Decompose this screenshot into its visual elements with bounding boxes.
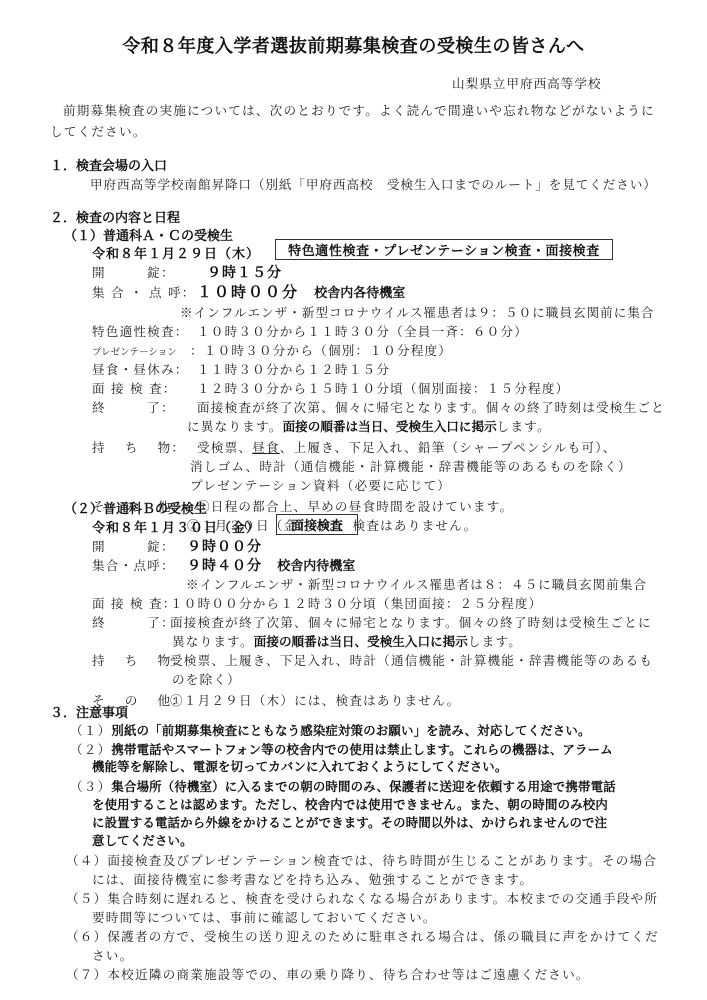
ac-items-label: 持 ち 物： [92, 437, 197, 456]
notice-line: を使用することは認めます。ただし、校舎内では使用できません。また、朝の時間のみ校… [92, 795, 608, 813]
notice-item-7: （７）本校近隣の商業施設等での、車の乗り降り、待ち合わせ等はご遠慮ください。 [66, 964, 590, 983]
b-interview-row: 面 接 検 査：１０時００分から１２時３０分頃（集団面接：２５分程度） [92, 593, 542, 612]
ac-end-value-2c: します。 [497, 419, 551, 434]
ac-lunch-value: １１時３０分から１２時１５分 [197, 362, 390, 377]
group-b-exam-box: 面接検査 [276, 514, 358, 535]
b-assembly-row: 集合・点呼：９時４０分 校舎内待機室 [92, 555, 355, 575]
notice-line: 集合時刻に遅れると、検査を受けられなくなる場合があります。本校までの交通手段や所 [107, 891, 658, 906]
ac-items-value-1a: 受検票、 [197, 440, 252, 455]
notice-line: に設置する電話から外線をかけることができます。その時間以外は、かけられませんので… [92, 813, 607, 831]
ac-end-label: 終 了： [92, 397, 197, 416]
b-end-label: 終 了： [92, 612, 170, 631]
intro-line-2: してください。 [50, 121, 147, 140]
ac-interview-value: １２時３０分から１５時１０分頃（個別面接：１５分程度） [197, 381, 569, 396]
notice-item-5: （５）集合時刻に遅れると、検査を受けられなくなる場合があります。本校までの交通手… [66, 888, 658, 907]
b-end-value-2c: します。 [468, 634, 522, 649]
b-other-row: そ の 他：①１月２９日（木）には、検査はありません。 [92, 690, 460, 709]
b-end-value-1: 面接検査が終了次第、個々に帰宅となります。個々の終了時刻は受検生ごとに [170, 615, 652, 630]
ac-flu-note: ※インフルエンザ・新型コロナウイルス罹患者は９：５０に職員玄関前に集合 [180, 302, 655, 321]
b-flu-note: ※インフルエンザ・新型コロナウイルス罹患者は８：４５に職員玄関前集合 [186, 574, 647, 593]
ac-items-value-2: 消しゴム、時計（通信機能・計算機能・辞書機能等のあるものを除く） [190, 456, 632, 475]
ac-items-row: 持 ち 物：受検票、昼食、上履き、下足入れ、鉛筆（シャープペンシルも可）、 [92, 437, 617, 456]
b-end-row-2: 異なります。面接の順番は当日、受検生入口に掲示します。 [172, 631, 522, 650]
notice-num: （４） [66, 853, 107, 868]
ac-presentation-value: １０時３０分から（個別：１０分程度） [204, 343, 452, 358]
b-assembly-place: 校舎内待機室 [277, 559, 355, 574]
ac-end-row: 終 了：面接検査が終了次第、個々に帰宅となります。個々の終了時刻は受検生ごと [92, 397, 665, 416]
b-unlock-value: ９時００分 [187, 539, 262, 555]
b-items-row: 持 ち 物：受検票、上履き、下足入れ、時計（通信機能・計算機能・辞書機能等のある… [92, 650, 653, 669]
notice-item-2: （２）携帯電話やスマートフォン等の校舎内での使用は禁止します。これらの機器は、ア… [70, 739, 613, 758]
b-items-label: 持 ち 物： [92, 650, 170, 669]
ac-tokushoku-value: １０時３０分から１１時３０分（全員一斉：６０分） [197, 324, 528, 339]
notice-num: （７） [66, 967, 107, 982]
ac-unlock-value: ９時１５分 [207, 265, 282, 281]
group-ac-heading: （１）普通科Ａ・Ｃの受検生 [64, 225, 233, 244]
notice-item-4: （４）面接検査及びプレゼンテーション検査では、待ち時間が生じることがあります。そ… [66, 850, 657, 869]
b-other-value-1: ①１月２９日（木）には、検査はありません。 [170, 693, 460, 708]
ac-interview-label: 面 接 検 査： [92, 378, 197, 397]
ac-presentation-label: プレゼンテーション [92, 344, 190, 358]
section-1-body: 甲府西高等学校南館昇降口（別紙「甲府西高校 受検生入口までのルート」を見てくださ… [90, 174, 657, 193]
b-unlock-row: 開 錠：９時００分 [92, 536, 262, 556]
section-3-heading: ３．注意事項 [50, 702, 128, 721]
ac-assembly-place: 校舎内各待機室 [314, 286, 405, 301]
ac-assembly-row: 集 合 ・ 点 呼：１０時００分 校舎内各待機室 [92, 281, 405, 302]
notice-line: 機能等を解除し、電源を切ってカバンに入れておくようにしてください。 [92, 757, 508, 775]
b-end-value-2a: 異なります。 [172, 634, 254, 649]
ac-unlock-row: 開 錠：９時１５分 [92, 262, 282, 282]
ac-lunch-row: 昼食・昼休み：１１時３０分から１２時１５分 [92, 359, 390, 378]
ac-presentation-colon: ： [190, 343, 204, 358]
ac-other-value-1: ①日程の都合上、早めの昼食時間を設けています。 [197, 499, 513, 514]
ac-presentation-row: プレゼンテーション：１０時３０分から（個別：１０分程度） [92, 340, 452, 359]
ac-end-row-2: に異なります。面接の順番は当日、受検生入口に掲示します。 [187, 416, 551, 435]
notice-line: 集合場所（待機室）に入るまでの朝の時間のみ、保護者に送迎を依頼する用途で携帯電話 [111, 779, 615, 794]
intro-line-1: 前期募集検査の実施については、次のとおりです。よく読んで間違いや忘れ物などがない… [63, 100, 655, 119]
b-assembly-label: 集合・点呼： [92, 555, 187, 574]
b-assembly-value: ９時４０分 [187, 558, 262, 574]
b-items-value-2: のを除く） [172, 669, 241, 688]
notice-line: 本校近隣の商業施設等での、車の乗り降り、待ち合わせ等はご遠慮ください。 [107, 967, 589, 982]
page-title: 令和８年度入学者選抜前期募集検査の受検生の皆さんへ [0, 32, 707, 58]
notice-line: 意してください。 [92, 831, 193, 849]
notice-item-1: （１）別紙の「前期募集検査にともなう感染症対策のお願い」を読み、対応してください… [70, 720, 591, 739]
ac-assembly-value: １０時００分 [197, 283, 299, 301]
notice-item-6: （６）保護者の方で、受検生の送り迎えのために駐車される場合は、係の職員に声をかけ… [66, 926, 659, 945]
b-interview-value: １０時００分から１２時３０分頃（集団面接：２５分程度） [170, 596, 542, 611]
ac-interview-row: 面 接 検 査：１２時３０分から１５時１０分頃（個別面接：１５分程度） [92, 378, 569, 397]
notice-line: には、面接待機室に参考書などを持ち込み、勉強することができます。 [92, 869, 533, 888]
b-interview-label: 面 接 検 査： [92, 593, 170, 612]
notice-line: 携帯電話やスマートフォン等の校舎内での使用は禁止します。これらの機器は、アラーム [111, 742, 612, 757]
notice-line: さい。 [92, 945, 133, 964]
ac-unlock-label: 開 錠： [92, 262, 207, 281]
section-2-heading: ２．検査の内容と日程 [50, 207, 180, 226]
ac-tokushoku-label: 特色適性検査： [92, 321, 197, 340]
notice-line: 保護者の方で、受検生の送り迎えのために駐車される場合は、係の職員に声をかけてくだ [107, 929, 659, 944]
b-end-row: 終 了：面接検査が終了次第、個々に帰宅となります。個々の終了時刻は受検生ごとに [92, 612, 652, 631]
notice-num: （３） [70, 779, 111, 794]
ac-end-value-1: 面接検査が終了次第、個々に帰宅となります。個々の終了時刻は受検生ごと [197, 400, 665, 415]
school-name: 山梨県立甲府西高等学校 [452, 73, 602, 92]
ac-assembly-label: 集 合 ・ 点 呼： [92, 282, 197, 301]
ac-items-lunch: 昼食 [252, 440, 280, 455]
ac-lunch-label: 昼食・昼休み： [92, 359, 197, 378]
ac-items-value-3: プレゼンテーション資料（必要に応じて） [190, 475, 451, 494]
ac-end-value-2a: に異なります。 [187, 419, 283, 434]
ac-items-value-1c: 、上履き、下足入れ、鉛筆（シャープペンシルも可）、 [280, 440, 617, 455]
group-b-heading: （２）普通科Ｂの受検生 [64, 498, 207, 517]
b-end-notice: 面接の順番は当日、受検生入口に掲示 [254, 634, 468, 649]
group-ac-exam-box: 特色適性検査・プレゼンテーション検査・面接検査 [275, 239, 613, 260]
notice-num: （５） [66, 891, 107, 906]
b-unlock-label: 開 錠： [92, 536, 187, 555]
notice-item-3: （３）集合場所（待機室）に入るまでの朝の時間のみ、保護者に送迎を依頼する用途で携… [70, 776, 616, 795]
notice-line: 面接検査及びプレゼンテーション検査では、待ち時間が生じることがあります。その場合 [107, 853, 657, 868]
notice-num: （１） [70, 723, 111, 738]
group-ac-date: 令和８年１月２９日（木） [92, 243, 260, 262]
notice-line: 要時間等については、事前に確認しておいてください。 [92, 907, 437, 926]
group-b-date: 令和８年１月３０日（金） [92, 517, 260, 536]
section-1-heading: １．検査会場の入口 [50, 155, 167, 174]
ac-end-notice: 面接の順番は当日、受検生入口に掲示 [283, 419, 497, 434]
notice-line: 別紙の「前期募集検査にともなう感染症対策のお願い」を読み、対応してください。 [111, 723, 590, 738]
ac-tokushoku-row: 特色適性検査：１０時３０分から１１時３０分（全員一斉：６０分） [92, 321, 528, 340]
notice-num: （６） [66, 929, 107, 944]
notice-num: （２） [70, 742, 111, 757]
b-items-value-1: 受検票、上履き、下足入れ、時計（通信機能・計算機能・辞書機能等のあるも [170, 653, 653, 668]
